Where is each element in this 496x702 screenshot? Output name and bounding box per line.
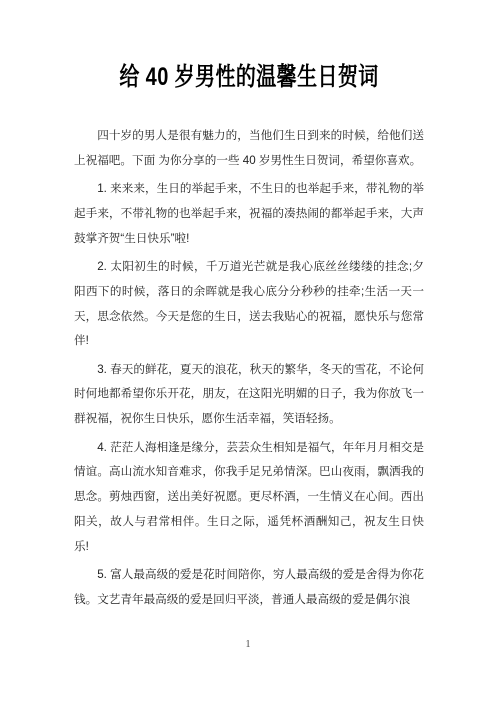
document-title: 给 40 岁男性的温馨生日贺词 — [109, 60, 389, 94]
paragraph-item-2: 2. 太阳初生的时候，千万道光芒就是我心底丝丝缕缕的挂念;夕阳西下的时候，落日的… — [74, 255, 424, 354]
paragraph-intro: 四十岁的男人是很有魅力的，当他们生日到来的时候，给他们送上祝福吧。下面 为你分享… — [74, 124, 424, 174]
document-page: 给 40 岁男性的温馨生日贺词 四十岁的男人是很有魅力的，当他们生日到来的时候，… — [0, 0, 496, 702]
paragraph-item-3: 3. 春天的鲜花，夏天的浪花，秋天的繁华，冬天的雪花，不论何时何地都希望你乐开花… — [74, 358, 424, 432]
page-number-footer: 1 — [0, 639, 496, 650]
paragraph-item-1: 1. 来来来，生日的举起手来，不生日的也举起手来，带礼物的举起手来，不带礼物的也… — [74, 177, 424, 251]
paragraph-item-4: 4. 茫茫人海相逢是缘分，芸芸众生相知是福气，年年月月相交是情谊。高山流水知音难… — [74, 436, 424, 560]
paragraph-item-5: 5. 富人最高级的爱是花时间陪你，穷人最高级的爱是舍得为你花钱。文艺青年最高级的… — [74, 563, 424, 613]
document-body: 四十岁的男人是很有魅力的，当他们生日到来的时候，给他们送上祝福吧。下面 为你分享… — [74, 124, 424, 613]
document-content: 给 40 岁男性的温馨生日贺词 四十岁的男人是很有魅力的，当他们生日到来的时候，… — [74, 60, 424, 616]
